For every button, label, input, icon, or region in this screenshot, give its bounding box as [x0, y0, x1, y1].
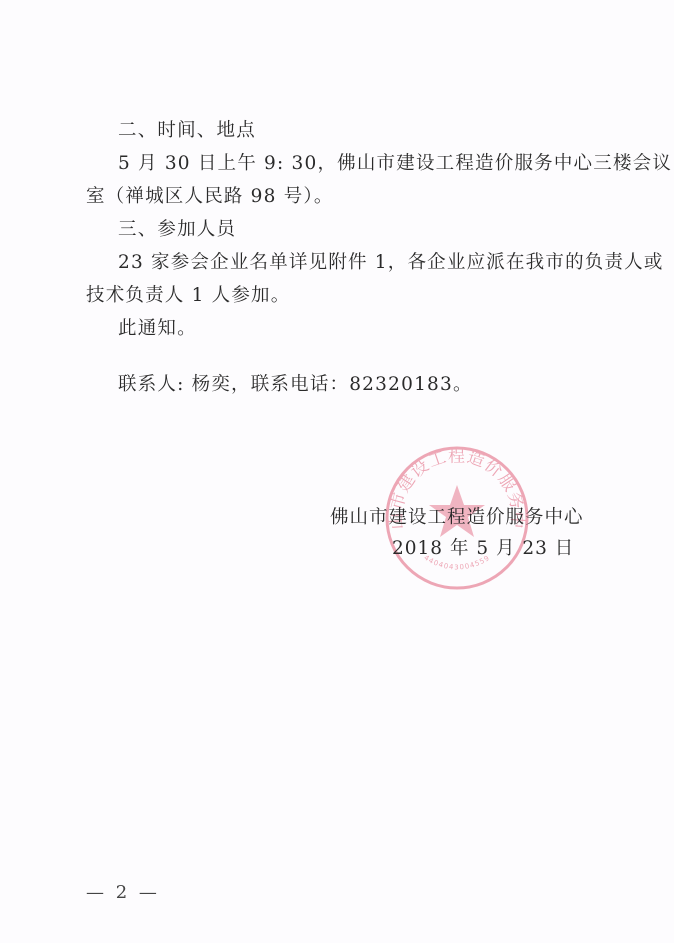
contact-info: 联系人: 杨奕，联系电话：82320183。 [118, 373, 473, 397]
paragraph-line: 5 月 30 日上午 9: 30，佛山市建设工程造价服务中心三楼会议 [118, 152, 594, 176]
paragraph-line: 室（禅城区人民路 98 号）。 [86, 185, 334, 209]
section-heading-time-place: 二、时间、地点 [118, 119, 256, 143]
signature-date: 2018 年 5 月 23 日 [392, 537, 574, 561]
paragraph-line: 23 家参会企业名单详见附件 1，各企业应派在我市的负责人或 [118, 251, 594, 275]
section-heading-participants: 三、参加人员 [118, 218, 236, 242]
page-number: — 2 — [86, 882, 160, 903]
signature-organization: 佛山市建设工程造价服务中心 [330, 506, 584, 530]
paragraph-line: 技术负责人 1 人参加。 [86, 284, 290, 308]
document-page: 二、时间、地点 5 月 30 日上午 9: 30，佛山市建设工程造价服务中心三楼… [0, 0, 674, 943]
closing-text: 此通知。 [118, 317, 197, 341]
